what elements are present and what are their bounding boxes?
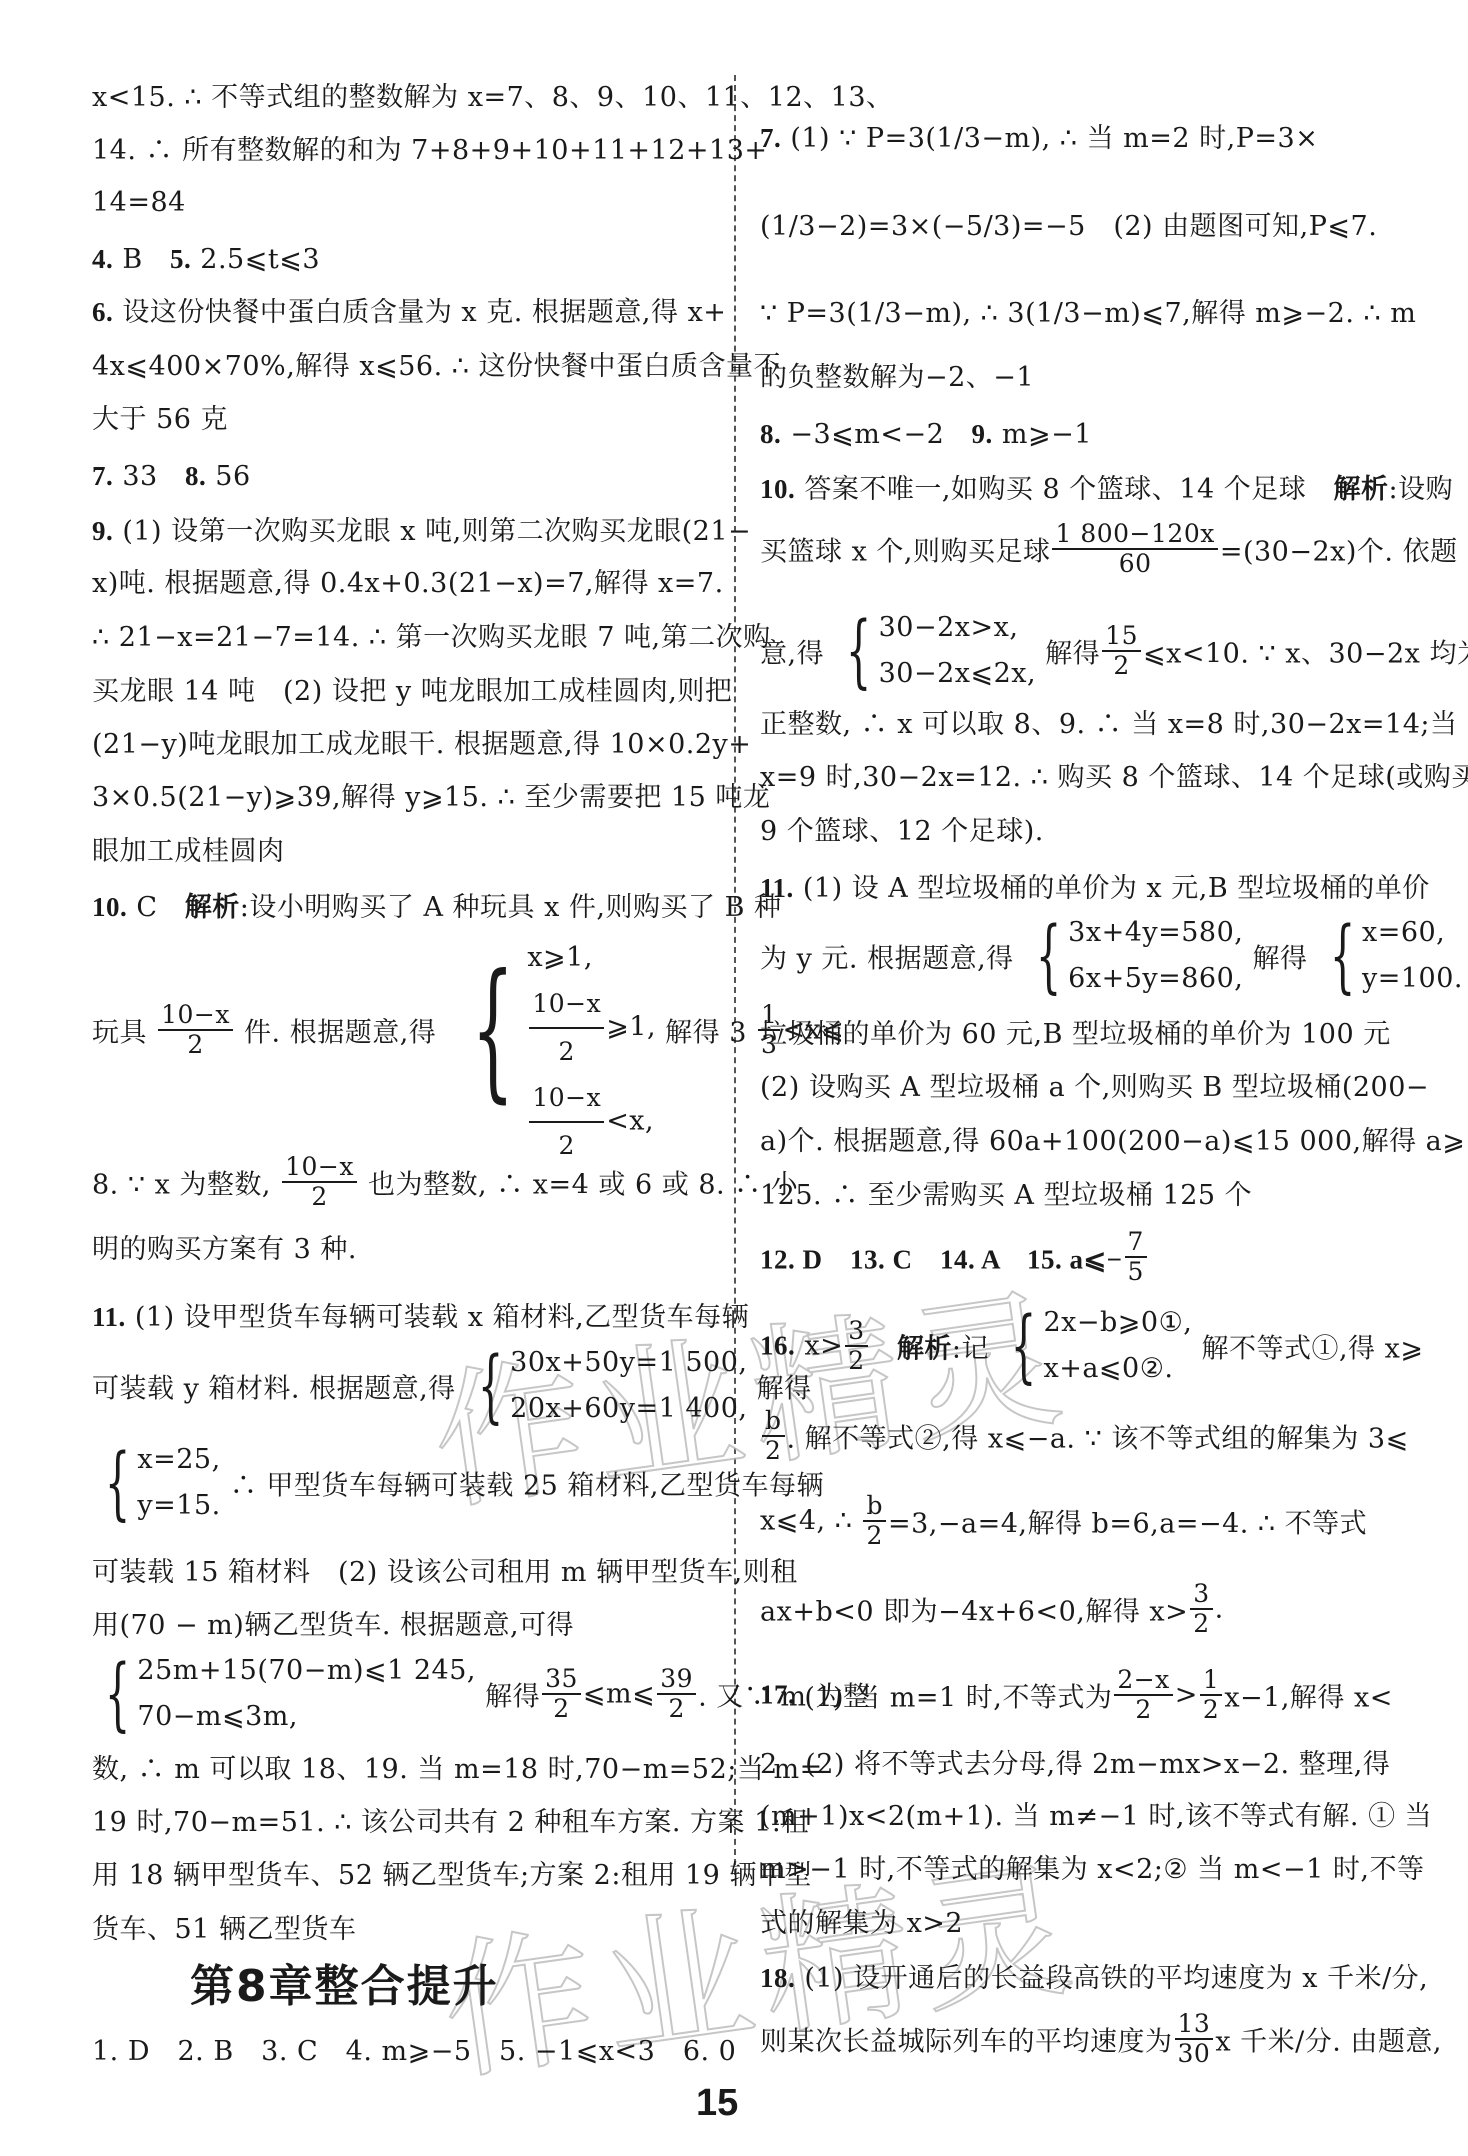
text-line: 3×0.5(21−y)⩾39,解得 y⩾15. ∴ 至少需要把 15 吨龙 (92, 778, 770, 818)
text-line: 眼加工成桂圆肉 (92, 832, 285, 872)
text-line: 则某次长益城际列车的平均速度为1330x 千米/分. 由题意, (760, 2010, 1442, 2068)
fraction: 10−x2 (158, 1001, 233, 1059)
answer-10-line: 10. 答案不唯一,如购买 8 个篮球、14 个足球 解析:设购 (760, 469, 1453, 510)
text-line: 货车、51 辆乙型货车 (92, 1910, 356, 1950)
answer-17-line: 17. (1) 当 m=1 时,不等式为2−x2>12x−1,解得 x< (760, 1666, 1393, 1724)
text-line: 可装载 15 箱材料 (2) 设该公司租用 m 辆甲型货车,则租 (92, 1553, 798, 1593)
text-line: 用(70 − m)辆乙型货车. 根据题意,可得 (92, 1606, 574, 1646)
answer-18-line: 18. (1) 设开通后的长益段高铁的平均速度为 x 千米/分, (760, 1958, 1428, 1999)
text-line: 的负整数解为−2、−1 (760, 358, 1034, 398)
equation-system: { 30x+50y=1 500,20x+60y=1 400, (465, 1340, 748, 1432)
answer-9-line: 9. (1) 设第一次购买龙眼 x 吨,则第二次购买龙眼(21− (92, 511, 751, 552)
answer-line-12-15: 12. D 13. C 14. A 15. a⩽−75 (760, 1228, 1149, 1286)
brace-icon: { (105, 1443, 131, 1523)
text-line: (21−y)吨龙眼加工成龙眼干. 根据题意,得 10×0.2y+ (92, 725, 751, 765)
answer-10-system-line: 玩具 10−x2 件. 根据题意,得 { x⩾1, 10−x2⩾1, 10−x2… (92, 935, 844, 1125)
text-line: ax+b<0 即为−4x+6<0,解得 x>32. (760, 1580, 1224, 1638)
chapter-title: 第8章整合提升 (190, 1950, 499, 2014)
text-line: 正整数, ∴ x 可以取 8、9. ∴ 当 x=8 时,30−2x=14;当 (760, 705, 1457, 745)
text-line: b2. 解不等式②,得 x⩽−a. ∵ 该不等式组的解集为 3⩽ (760, 1407, 1409, 1465)
text-line: 14. ∴ 所有整数解的和为 7+8+9+10+11+12+13+ (92, 131, 768, 171)
text-line: 2 (2) 将不等式去分母,得 2m−mx>x−2. 整理,得 (760, 1745, 1390, 1785)
text-line: 125. ∴ 至少需购买 A 型垃圾桶 125 个 (760, 1176, 1252, 1216)
text-line: 买龙眼 14 吨 (2) 设把 y 吨龙眼加工成桂圆肉,则把 (92, 672, 732, 712)
answer-6-line: 6. 设这份快餐中蛋白质含量为 x 克. 根据题意,得 x+ (92, 292, 726, 333)
answer-11-line: 11. (1) 设甲型货车每辆可装载 x 箱材料,乙型货车每辆 (92, 1297, 749, 1338)
text-line: ∴ 21−x=21−7=14. ∴ 第一次购买龙眼 7 吨,第二次购 (92, 618, 771, 658)
text-line: 明的购买方案有 3 种. (92, 1230, 357, 1270)
text-line: 8. ∵ x 为整数, 10−x2 也为整数, ∴ x=4 或 6 或 8. ∴… (92, 1153, 798, 1211)
text-line: 数, ∴ m 可以取 18、19. 当 m=18 时,70−m=52;当 m= (92, 1750, 823, 1790)
answer-11-line: 11. (1) 设 A 型垃圾桶的单价为 x 元,B 型垃圾桶的单价 (760, 868, 1430, 909)
brace-icon: { (1036, 916, 1062, 996)
text-line: (2) 设购买 A 型垃圾桶 a 个,则购买 B 型垃圾桶(200− (760, 1068, 1429, 1108)
answer-line-4-5: 4. B 5. 2.5⩽t⩽3 (92, 239, 320, 280)
text-line: (m+1)x<2(m+1). 当 m≠−1 时,该不等式有解. ① 当 (760, 1797, 1432, 1837)
equation-system: { x⩾1, 10−x2⩾1, 10−x2<x, (445, 935, 656, 1125)
text-line: { x=25,y=15. ∴ 甲型货车每辆可装载 25 箱材料,乙型货车每辆 (92, 1437, 824, 1529)
brace-icon: { (1329, 916, 1355, 996)
text-line: ∵ P=3(1/3−m), ∴ 3(1/3−m)⩽7,解得 m⩾−2. ∴ m (760, 294, 1416, 334)
brace-icon: { (105, 1654, 131, 1734)
text-line: a)个. 根据题意,得 60a+100(200−a)⩽15 000,解得 a⩾ (760, 1122, 1465, 1162)
text-line: x<15. ∴ 不等式组的整数解为 x=7、8、9、10、11、12、13、 (92, 78, 894, 118)
text-line: 9 个篮球、12 个足球). (760, 812, 1044, 852)
text-line: 14=84 (92, 183, 186, 223)
equation-system: { x=25,y=15. (92, 1437, 221, 1529)
answer-7-line: 7. (1) ∵ P=3(1/3−m), ∴ 当 m=2 时,P=3× (760, 118, 1318, 159)
text-line: 意,得 { 30−2x>x,30−2x⩽2x, 解得152⩽x<10. ∵ x、… (760, 605, 1468, 697)
text-line: x⩽4, ∴ b2=3,−a=4,解得 b=6,a=−4. ∴ 不等式 (760, 1492, 1367, 1550)
text-line: (1/3−2)=3×(−5/3)=−5 (2) 由题图可知,P⩽7. (760, 207, 1377, 247)
chapter-answers-line: 1. D 2. B 3. C 4. m⩾−5 5. −1⩽x<3 6. 0 (92, 2032, 736, 2072)
brace-icon: { (846, 611, 872, 691)
text-line: 用 18 辆甲型货车、52 辆乙型货车;方案 2:租用 19 辆甲型 (92, 1856, 812, 1896)
text-line: 4x⩽400×70%,解得 x⩽56. ∴ 这份快餐中蛋白质含量不 (92, 347, 781, 387)
text-line: 垃圾桶的单价为 60 元,B 型垃圾桶的单价为 100 元 (760, 1015, 1391, 1055)
text-line: 买篮球 x 个,则购买足球1 800−120x60=(30−2x)个. 依题 (760, 520, 1458, 578)
brace-icon: { (472, 955, 515, 1105)
text-line: x=9 时,30−2x=12. ∴ 购买 8 个篮球、14 个足球(或购买 (760, 758, 1468, 798)
answer-10-line: 10. C 解析:设小明购买了 A 种玩具 x 件,则购买了 B 种 (92, 887, 782, 928)
answer-line-8-9: 8. −3⩽m<−2 9. m⩾−1 (760, 414, 1092, 455)
equation-system: { 2x−b⩾0①,x+a⩽0②. (998, 1300, 1192, 1392)
answer-key-page: 作业精灵 作业精灵 x<15. ∴ 不等式组的整数解为 x=7、8、9、10、1… (0, 0, 1468, 2156)
text-line: { 25m+15(70−m)⩽1 245,70−m⩽3m, 解得352⩽m⩽39… (92, 1648, 871, 1740)
text-line: 为 y 元. 根据题意,得 { 3x+4y=580,6x+5y=860, 解得 … (760, 910, 1468, 1002)
page-number: 15 (696, 2082, 738, 2125)
text-line: 可装载 y 箱材料. 根据题意,得 { 30x+50y=1 500,20x+60… (92, 1340, 812, 1432)
text-line: x)吨. 根据题意,得 0.4x+0.3(21−x)=7,解得 x=7. (92, 564, 724, 604)
text-line: 19 时,70−m=51. ∴ 该公司共有 2 种租车方案. 方案 1:租 (92, 1803, 809, 1843)
brace-icon: { (478, 1346, 504, 1426)
text-line: m>−1 时,不等式的解集为 x<2;② 当 m<−1 时,不等 (760, 1850, 1424, 1890)
text-line: 式的解集为 x>2 (760, 1904, 963, 1944)
equation-system: { 30−2x>x,30−2x⩽2x, (833, 605, 1036, 697)
equation-system: { x=60,y=100. (1317, 910, 1463, 1002)
answer-16-line: 16. x>32 解析:记 { 2x−b⩾0①,x+a⩽0②. 解不等式①,得 … (760, 1300, 1423, 1392)
equation-system: { 25m+15(70−m)⩽1 245,70−m⩽3m, (92, 1648, 476, 1740)
equation-system: { 3x+4y=580,6x+5y=860, (1023, 910, 1244, 1002)
answer-line-7-8: 7. 33 8. 56 (92, 456, 251, 497)
text-line: 大于 56 克 (92, 400, 228, 440)
brace-icon: { (1011, 1306, 1037, 1386)
